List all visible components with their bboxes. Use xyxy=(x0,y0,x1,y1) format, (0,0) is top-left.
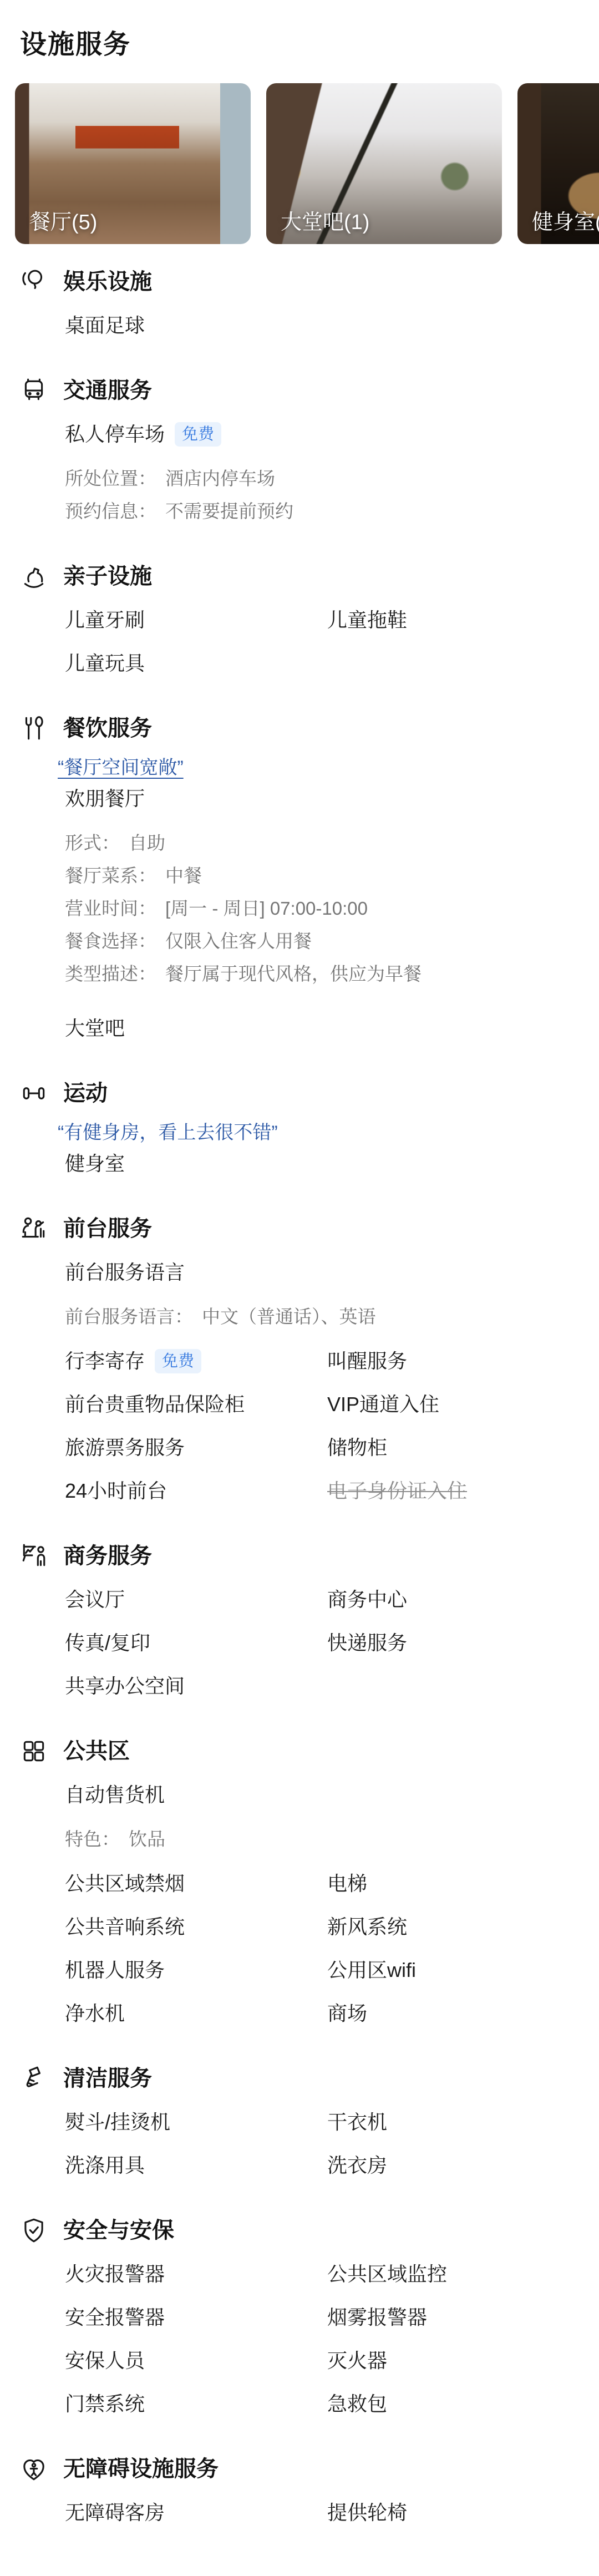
detail-label: 形式： xyxy=(65,830,120,856)
facility-row: 熨斗/挂烫机 干衣机 xyxy=(0,2110,599,2135)
section-title: 清洁服务 xyxy=(63,2065,152,2092)
accessibility-heart-icon xyxy=(20,2455,48,2483)
facility-row: 前台服务语言 xyxy=(0,1260,599,1285)
facility-row: 火灾报警器 公共区域监控 xyxy=(0,2261,599,2287)
section-sports: 运动 “有健身房，看上去很不错” 健身室 xyxy=(0,1078,599,1177)
facility-item: 商场 xyxy=(327,2001,367,2026)
section-title: 运动 xyxy=(63,1079,108,1107)
facility-row: 儿童牙刷 儿童拖鞋 xyxy=(0,607,599,633)
facility-item: 安保人员 xyxy=(65,2348,327,2374)
section-business: 商务服务 会议厅 商务中心 传真/复印 快递服务 共享办公空间 xyxy=(0,1540,599,1699)
facility-item: 商务中心 xyxy=(327,1587,407,1612)
facility-item: 公共区域监控 xyxy=(327,2261,447,2287)
dumbbell-icon xyxy=(20,1079,48,1107)
detail-label: 营业时间： xyxy=(65,896,156,921)
detail-line: 餐厅菜系： 中餐 xyxy=(65,863,599,889)
facility-row: 大堂吧 xyxy=(0,1016,599,1041)
section-accessibility: 无障碍设施服务 无障碍客房 提供轮椅 xyxy=(0,2453,599,2526)
facility-row: 安保人员 灭火器 xyxy=(0,2348,599,2374)
review-quote[interactable]: “餐厅空间宽敞” xyxy=(0,755,599,780)
facility-item: 快递服务 xyxy=(327,1630,407,1656)
facility-item-unavailable: 电子身份证入住 xyxy=(327,1478,467,1504)
photo-gallery: 餐厅(5) 大堂吧(1) 健身室(1) xyxy=(15,83,599,244)
facility-item: 公用区wifi xyxy=(327,1958,416,1983)
detail-value: 中文（普通话）、英语 xyxy=(202,1304,376,1330)
section-title: 娱乐设施 xyxy=(63,268,152,296)
review-quote[interactable]: “有健身房，看上去很不错” xyxy=(0,1120,599,1145)
facility-row: 儿童玩具 xyxy=(0,651,599,676)
photo-card-restaurant[interactable]: 餐厅(5) xyxy=(15,83,251,244)
facility-item: 前台贵重物品保险柜 xyxy=(65,1392,327,1417)
facility-item: 火灾报警器 xyxy=(65,2261,327,2287)
facility-row: 24小时前台 电子身份证入住 xyxy=(0,1478,599,1504)
section-header: 公共区 xyxy=(0,1736,599,1767)
section-header: 运动 xyxy=(0,1078,599,1109)
facility-item: 洗涤用具 xyxy=(65,2153,327,2178)
facility-row: 净水机 商场 xyxy=(0,2001,599,2026)
presentation-icon xyxy=(20,1542,48,1570)
facility-item: 门禁系统 xyxy=(65,2391,327,2417)
section-header: 清洁服务 xyxy=(0,2063,599,2094)
free-badge: 免费 xyxy=(175,422,221,447)
section-header: 餐饮服务 xyxy=(0,713,599,744)
facility-item: 桌面足球 xyxy=(65,313,327,338)
balloon-icon xyxy=(20,268,48,296)
facility-details: 特色： 饮品 xyxy=(0,1827,599,1852)
shield-check-icon xyxy=(20,2217,48,2244)
facility-item: 自动售货机 xyxy=(65,1782,327,1808)
section-header: 商务服务 xyxy=(0,1540,599,1571)
facility-item: 儿童牙刷 xyxy=(65,607,327,633)
detail-line: 所处位置： 酒店内停车场 xyxy=(65,466,599,491)
facility-item: 安全报警器 xyxy=(65,2305,327,2330)
facility-row: 门禁系统 急救包 xyxy=(0,2391,599,2417)
facility-item: 会议厅 xyxy=(65,1587,327,1612)
photo-card-gym[interactable]: 健身室(1) xyxy=(517,83,599,244)
free-badge: 免费 xyxy=(155,1349,201,1373)
facility-item: 烟雾报警器 xyxy=(327,2305,427,2330)
facility-item: 熨斗/挂烫机 xyxy=(65,2110,327,2135)
photo-label: 健身室(1) xyxy=(532,205,599,235)
facility-row: 桌面足球 xyxy=(0,313,599,338)
facility-item: 旅游票务服务 xyxy=(65,1435,327,1461)
facility-row: 行李寄存 免费 叫醒服务 xyxy=(0,1348,599,1374)
facility-item: 前台服务语言 xyxy=(65,1260,327,1285)
section-header: 无障碍设施服务 xyxy=(0,2453,599,2484)
detail-value: 饮品 xyxy=(129,1827,165,1852)
facility-item: 提供轮椅 xyxy=(327,2500,407,2526)
detail-value: 中餐 xyxy=(165,863,202,889)
section-transport: 交通服务 私人停车场 免费 所处位置： 酒店内停车场 预约信息： 不需要提前预约 xyxy=(0,375,599,524)
facility-item: 儿童拖鞋 xyxy=(327,607,407,633)
facility-row: 前台贵重物品保险柜 VIP通道入住 xyxy=(0,1392,599,1417)
detail-label: 所处位置： xyxy=(65,466,156,491)
facility-row: 洗涤用具 洗衣房 xyxy=(0,2153,599,2178)
detail-value: [周一 - 周日] 07:00-10:00 xyxy=(165,896,368,921)
facility-item: 传真/复印 xyxy=(65,1630,327,1656)
reception-icon xyxy=(20,1215,48,1243)
facility-item: 大堂吧 xyxy=(65,1016,327,1041)
photo-label: 餐厅(5) xyxy=(29,205,97,235)
detail-line: 预约信息： 不需要提前预约 xyxy=(65,499,599,524)
photo-card-lobby-bar[interactable]: 大堂吧(1) xyxy=(266,83,502,244)
section-header: 娱乐设施 xyxy=(0,266,599,297)
photo-label: 大堂吧(1) xyxy=(281,205,369,235)
facility-item: 健身室 xyxy=(65,1151,327,1177)
detail-value: 自助 xyxy=(129,830,165,856)
facility-item: 公共音响系统 xyxy=(65,1914,327,1940)
detail-line: 营业时间： [周一 - 周日] 07:00-10:00 xyxy=(65,896,599,921)
facility-row: 欢朋餐厅 xyxy=(0,786,599,812)
section-title: 前台服务 xyxy=(63,1215,152,1243)
facility-row: 旅游票务服务 储物柜 xyxy=(0,1435,599,1461)
section-entertainment: 娱乐设施 桌面足球 xyxy=(0,266,599,338)
facility-item: 急救包 xyxy=(327,2391,387,2417)
section-dining: 餐饮服务 “餐厅空间宽敞” 欢朋餐厅 形式： 自助 餐厅菜系： 中餐 营业时间：… xyxy=(0,713,599,1041)
bus-icon xyxy=(20,377,48,404)
facility-item: 共享办公空间 xyxy=(65,1674,327,1699)
facility-item: 行李寄存 免费 xyxy=(65,1348,327,1374)
facility-item: 灭火器 xyxy=(327,2348,387,2374)
facility-item: 干衣机 xyxy=(327,2110,387,2135)
facility-item: 净水机 xyxy=(65,2001,327,2026)
cleaning-brush-icon xyxy=(20,2065,48,2092)
facility-row: 机器人服务 公用区wifi xyxy=(0,1958,599,1983)
detail-value: 仅限入住客人用餐 xyxy=(165,929,312,954)
section-title: 餐饮服务 xyxy=(63,714,152,742)
section-public-area: 公共区 自动售货机 特色： 饮品 公共区域禁烟 电梯 公共音响系统 新风系统 机… xyxy=(0,1736,599,2026)
rocking-horse-icon xyxy=(20,562,48,590)
fork-spoon-icon xyxy=(20,714,48,742)
section-title: 无障碍设施服务 xyxy=(63,2455,219,2483)
detail-line: 前台服务语言： 中文（普通话）、英语 xyxy=(65,1304,599,1330)
facility-item: 洗衣房 xyxy=(327,2153,387,2178)
facility-details: 形式： 自助 餐厅菜系： 中餐 营业时间： [周一 - 周日] 07:00-10… xyxy=(0,830,599,987)
facility-row: 无障碍客房 提供轮椅 xyxy=(0,2500,599,2526)
section-header: 前台服务 xyxy=(0,1213,599,1244)
detail-label: 预约信息： xyxy=(65,499,156,524)
grid-icon xyxy=(20,1737,48,1765)
detail-label: 特色： xyxy=(65,1827,120,1852)
detail-line: 类型描述： 餐厅属于现代风格，供应为早餐 xyxy=(65,961,599,987)
facility-row: 健身室 xyxy=(0,1151,599,1177)
facility-row: 传真/复印 快递服务 xyxy=(0,1630,599,1656)
facility-row: 安全报警器 烟雾报警器 xyxy=(0,2305,599,2330)
section-title: 亲子设施 xyxy=(63,562,152,590)
facility-row: 公共区域禁烟 电梯 xyxy=(0,1871,599,1896)
facility-row: 自动售货机 xyxy=(0,1782,599,1808)
facility-item: 欢朋餐厅 xyxy=(65,786,327,812)
facility-item: VIP通道入住 xyxy=(327,1392,439,1417)
detail-label: 前台服务语言： xyxy=(65,1304,193,1330)
section-front-desk: 前台服务 前台服务语言 前台服务语言： 中文（普通话）、英语 行李寄存 免费 叫… xyxy=(0,1213,599,1504)
facility-row: 公共音响系统 新风系统 xyxy=(0,1914,599,1940)
section-title: 商务服务 xyxy=(63,1542,152,1570)
detail-line: 特色： 饮品 xyxy=(65,1827,599,1852)
facility-details: 所处位置： 酒店内停车场 预约信息： 不需要提前预约 xyxy=(0,466,599,524)
detail-value: 酒店内停车场 xyxy=(165,466,275,491)
facility-item: 电梯 xyxy=(327,1871,367,1896)
section-title: 安全与安保 xyxy=(63,2217,174,2244)
detail-line: 餐食选择： 仅限入住客人用餐 xyxy=(65,929,599,954)
facility-item: 储物柜 xyxy=(327,1435,387,1461)
section-title: 公共区 xyxy=(63,1737,130,1765)
detail-label: 类型描述： xyxy=(65,961,156,987)
facility-item: 叫醒服务 xyxy=(327,1348,407,1374)
facility-row: 共享办公空间 xyxy=(0,1674,599,1699)
facility-item: 24小时前台 xyxy=(65,1478,327,1504)
facility-row: 私人停车场 免费 xyxy=(0,422,599,447)
detail-line: 形式： 自助 xyxy=(65,830,599,856)
section-header: 安全与安保 xyxy=(0,2215,599,2246)
section-security: 安全与安保 火灾报警器 公共区域监控 安全报警器 烟雾报警器 安保人员 灭火器 … xyxy=(0,2215,599,2417)
section-header: 交通服务 xyxy=(0,375,599,406)
section-cleaning: 清洁服务 熨斗/挂烫机 干衣机 洗涤用具 洗衣房 xyxy=(0,2063,599,2178)
facility-details: 前台服务语言： 中文（普通话）、英语 xyxy=(0,1304,599,1330)
facility-item: 新风系统 xyxy=(327,1914,407,1940)
detail-label: 餐厅菜系： xyxy=(65,863,156,889)
facility-item: 儿童玩具 xyxy=(65,651,327,676)
facility-item: 无障碍客房 xyxy=(65,2500,327,2526)
facility-item: 私人停车场 免费 xyxy=(65,422,327,447)
section-header: 亲子设施 xyxy=(0,561,599,592)
facility-item: 公共区域禁烟 xyxy=(65,1871,327,1896)
section-title: 交通服务 xyxy=(63,377,152,404)
detail-value: 不需要提前预约 xyxy=(165,499,293,524)
page-title: 设施服务 xyxy=(20,31,599,59)
detail-label: 餐食选择： xyxy=(65,929,156,954)
facility-item: 机器人服务 xyxy=(65,1958,327,1983)
section-family: 亲子设施 儿童牙刷 儿童拖鞋 儿童玩具 xyxy=(0,561,599,676)
detail-value: 餐厅属于现代风格，供应为早餐 xyxy=(165,961,422,987)
facility-row: 会议厅 商务中心 xyxy=(0,1587,599,1612)
